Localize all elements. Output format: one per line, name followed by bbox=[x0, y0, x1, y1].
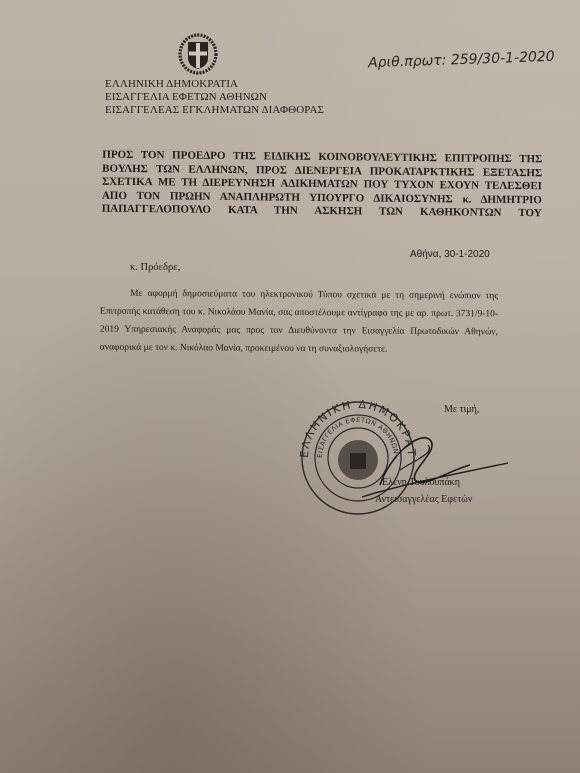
letterhead-line-3: ΕΙΣΑΓΓΕΛΕΑΣ ΕΓΚΛΗΜΑΤΩΝ ΔΙΑΦΘΟΡΑΣ bbox=[105, 104, 324, 117]
letter-body: Με αφορμή δημοσιεύματα του ηλεκτρονικού … bbox=[100, 285, 498, 360]
letterhead-line-2: ΕΙΣΑΓΓΕΛΙΑ ΕΦΕΤΩΝ ΑΘΗΝΩΝ bbox=[105, 91, 324, 104]
letter-date: Αθήνα, 30-1-2020 bbox=[410, 249, 490, 260]
salutation: κ. Πρόεδρε, bbox=[130, 262, 180, 273]
signer-name: Ελένη Τουλουπάκη bbox=[382, 477, 460, 488]
handwritten-signature bbox=[360, 415, 510, 505]
signer-title: Αντεισαγγελέας Εφετών bbox=[375, 494, 472, 505]
subject-block: ΠΡΟΣ ΤΟΝ ΠΡΟΕΔΡΟ ΤΗΣ ΕΙΔΙΚΗΣ ΚΟΙΝΟΒΟΥΛΕΥ… bbox=[102, 149, 543, 221]
protocol-number: Αριθ.πρωτ: 259/30-1-2020 bbox=[368, 49, 555, 72]
letterhead: ΕΛΛΗΝΙΚΗ ΔΗΜΟΚΡΑΤΙΑ ΕΙΣΑΓΓΕΛΙΑ ΕΦΕΤΩΝ ΑΘ… bbox=[105, 78, 324, 117]
letterhead-line-1: ΕΛΛΗΝΙΚΗ ΔΗΜΟΚΡΑΤΙΑ bbox=[105, 78, 324, 91]
closing: Με τιμή, bbox=[444, 404, 479, 415]
greek-coat-of-arms-icon bbox=[178, 33, 218, 77]
